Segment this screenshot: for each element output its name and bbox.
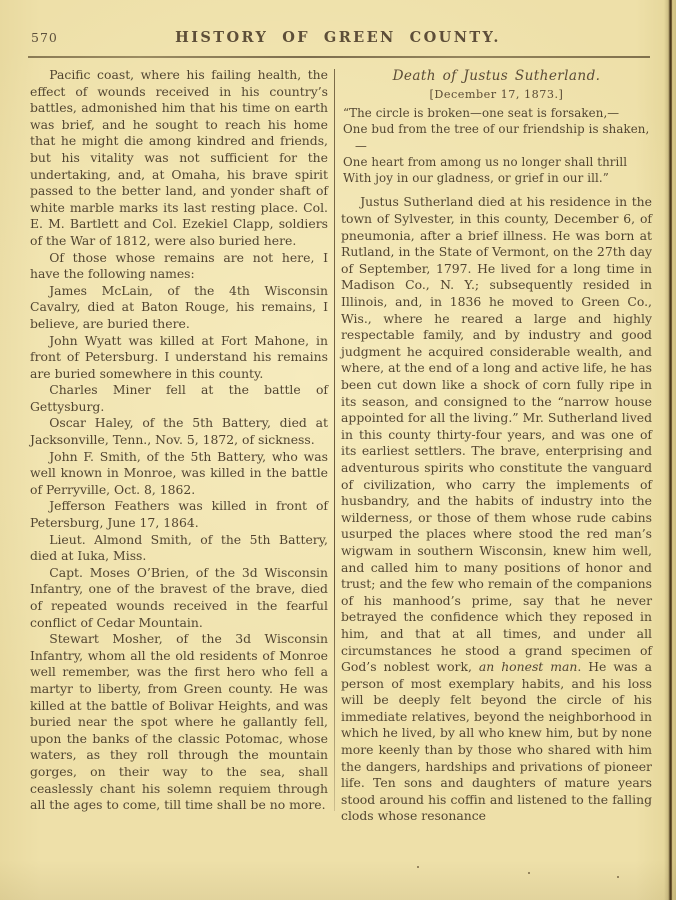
poem-line: One heart from among us no longer shall … [343, 154, 652, 170]
dust-speck [617, 876, 619, 878]
paragraph: James McLain, of the 4th Wisconsin Caval… [30, 283, 328, 333]
italic-phrase: an honest man [479, 659, 577, 674]
paragraph: Lieut. Almond Smith, of the 5th Battery,… [30, 532, 328, 565]
page-header: 570 HISTORY OF GREEN COUNTY. [0, 29, 676, 55]
dust-speck [528, 872, 530, 874]
poem-line: “The circle is broken—one seat is forsak… [343, 105, 652, 121]
paragraph: Jefferson Feathers was killed in front o… [30, 498, 328, 531]
paragraph: Justus Sutherland died at his residence … [341, 194, 652, 825]
paragraph: John Wyatt was killed at Fort Mahone, in… [30, 333, 328, 383]
paragraph: Charles Miner fell at the battle of Gett… [30, 382, 328, 415]
left-column: Pacific coast, where his failing health,… [30, 67, 328, 825]
poem: “The circle is broken—one seat is forsak… [343, 105, 652, 186]
article-title: Death of Justus Sutherland. [341, 68, 652, 84]
dust-speck [417, 866, 419, 868]
header-rule [28, 56, 650, 58]
article-date: [December 17, 1873.] [341, 88, 652, 101]
two-column-layout: Pacific coast, where his failing health,… [0, 67, 676, 825]
paragraph: John F. Smith, of the 5th Battery, who w… [30, 449, 328, 499]
article-body: Justus Sutherland died at his residence … [341, 194, 652, 825]
poem-line: With joy in our gladness, or grief in ou… [343, 170, 652, 186]
paragraph: Of those whose remains are not here, I h… [30, 250, 328, 283]
poem-line: One bud from the tree of our friendship … [343, 121, 652, 154]
paragraph: Stewart Mosher, of the 3d Wisconsin Infa… [30, 631, 328, 814]
paragraph: Pacific coast, where his failing health,… [30, 67, 328, 250]
paragraph: Capt. Moses O’Brien, of the 3d Wisconsin… [30, 565, 328, 631]
text-segment: . He was a person of most exemplary habi… [341, 659, 652, 823]
page-header-title: HISTORY OF GREEN COUNTY. [0, 29, 676, 46]
paragraph: Oscar Haley, of the 5th Battery, died at… [30, 415, 328, 448]
book-page: 570 HISTORY OF GREEN COUNTY. Pacific coa… [0, 0, 676, 900]
text-segment: Justus Sutherland died at his residence … [341, 194, 652, 674]
right-column: Death of Justus Sutherland. [December 17… [341, 67, 652, 825]
page-number: 570 [31, 30, 58, 45]
column-divider [334, 69, 335, 811]
